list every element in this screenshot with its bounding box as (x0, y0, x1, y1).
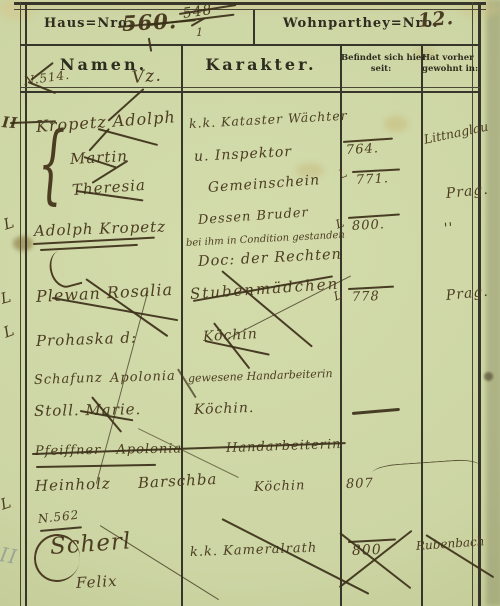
entry-karakter: k.k. Kataster Wächter (189, 108, 348, 131)
column-header-seit-line2: seit: (341, 64, 421, 74)
entry-seit: 764. (346, 141, 380, 158)
margin-check-mark: L (1, 321, 17, 342)
entry-name: Heinholz (35, 474, 111, 495)
frame-line (253, 10, 255, 44)
stain (486, 0, 500, 606)
entry-seit: 778 (352, 289, 380, 305)
frame-line (20, 91, 480, 93)
scanned-register-page: Haus=Nro. 560. 548 1 Wohnparthey=Nro. 12… (0, 0, 500, 606)
stain (384, 116, 408, 132)
seit-dash-mark (352, 408, 400, 415)
entry-karakter: Köchin. (194, 400, 255, 418)
frame-line (181, 45, 183, 606)
frame-line (20, 87, 480, 88)
entry-name: Prohaska d: (36, 328, 138, 350)
column-header-vorher-line2: gewohnt in: (422, 64, 472, 74)
seit-check-mark: L (332, 287, 345, 303)
underline-mark (40, 526, 82, 531)
namen-annotation-right: Vz. (131, 65, 162, 88)
frame-line (14, 9, 486, 10)
margin-check-mark: L (1, 213, 17, 234)
haus-nro-alt-denominator: 1 (196, 26, 204, 39)
bottom-note: N.562 (37, 508, 80, 526)
seit-check-mark: L (337, 165, 350, 181)
underline-mark (36, 464, 156, 468)
wohnparthey-nro-label: Wohnparthey=Nro. (283, 16, 438, 31)
entry-seit: 807 (346, 476, 374, 492)
frame-line (20, 44, 480, 46)
entry-karakter: bei ihm in Condition gestanden (186, 230, 345, 249)
flourish-mark (372, 458, 481, 480)
underline-mark (40, 244, 138, 251)
frame-line (14, 2, 486, 5)
entry-vorher-ditto: '' (443, 220, 454, 237)
stain (13, 236, 33, 251)
entry-name: Felix (76, 572, 118, 592)
entry-vorher: Prag. (445, 284, 489, 304)
frame-line (340, 45, 342, 606)
haus-nro-label: Haus=Nro. (44, 16, 133, 31)
entry-karakter: Dessen Bruder (197, 205, 309, 228)
frame-line (421, 45, 423, 606)
stain (484, 372, 493, 381)
column-header-seit-line1: Befindet sich hier (341, 53, 421, 63)
margin-check-mark: L (0, 493, 14, 514)
entry-karakter: Köchin (254, 478, 306, 495)
entry-karakter: u. Inspektor (194, 144, 293, 165)
entry-name: Apolonia (110, 369, 176, 386)
entry-name: Barschba (138, 470, 218, 492)
wohnparthey-nro-value: 12. (417, 7, 455, 32)
brace-mark: { (38, 124, 66, 206)
entry-seit: 800. (352, 217, 386, 234)
entry-name: Schafunz (34, 371, 103, 388)
margin-check-mark: L (0, 287, 14, 307)
entry-vorher: Prag. (445, 182, 489, 202)
entry-seit: 771. (356, 171, 390, 188)
entry-karakter: Gemeinschein (207, 172, 320, 196)
column-header-vorher-line1: Hat vorher (422, 53, 472, 63)
margin-ghost-mark: II (0, 542, 20, 569)
entry-karakter: Doc: der Rechten (198, 246, 343, 270)
column-header-karakter: Karakter. (182, 55, 340, 74)
entry-karakter: gewesene Handarbeiterin (188, 367, 333, 385)
